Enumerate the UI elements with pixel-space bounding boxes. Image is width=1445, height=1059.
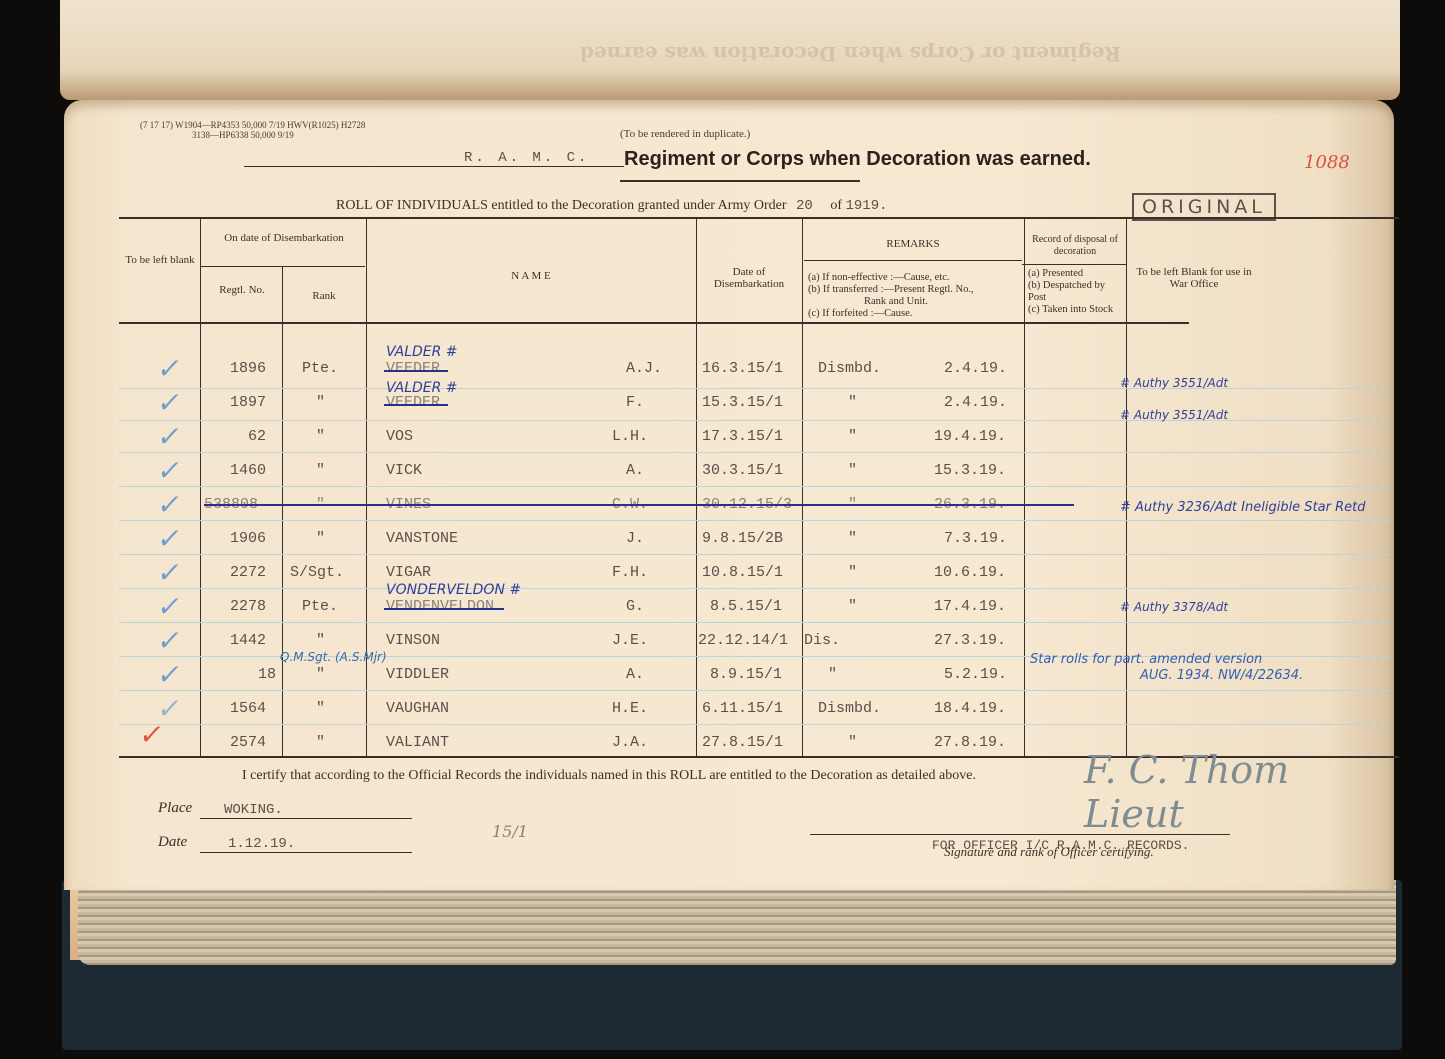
remark-cause: " [848, 564, 857, 581]
pencil-note: 15/1 [492, 822, 528, 841]
regtl-no: 18 [258, 666, 276, 683]
remark-cause: " [848, 598, 857, 615]
rank: " [316, 700, 325, 717]
roll-year: 1919. [845, 198, 887, 214]
remark-date: 19.4.19. [934, 428, 1006, 445]
name: VAUGHAN [386, 700, 449, 717]
col-regtl-no: Regtl. No. [204, 284, 280, 296]
check-mark-icon: ✓ [155, 522, 184, 555]
check-mark-icon: ✓ [155, 556, 184, 589]
name-correction: VONDERVELDON # [386, 582, 521, 598]
remark-date: 5.2.19. [944, 666, 1007, 683]
print-codes-2: 3138—HP6338 50,000 9/19 [192, 130, 294, 140]
roll-heading: ROLL OF INDIVIDUALS entitled to the Deco… [336, 198, 888, 214]
remark-date: 10.6.19. [934, 564, 1006, 581]
war-office-note: # Authy 3551/Adt [1120, 376, 1228, 390]
disemb-date: 8.5.15/1 [710, 598, 782, 615]
rank: " [316, 632, 325, 649]
roll-text: entitled to the Decoration granted under… [491, 198, 786, 213]
regtl-no: 2278 [230, 598, 266, 615]
war-office-note: # Authy 3236/Adt Ineligible Star Retd [1120, 500, 1365, 515]
rank: " [316, 428, 325, 445]
name: VENDENVELDON [386, 598, 494, 615]
col-disposal-c: (c) Taken into Stock [1028, 304, 1124, 316]
viddler-note-2: AUG. 1934. NW/4/22634. [1140, 668, 1303, 683]
col-disposal: Record of disposal of decoration [1026, 234, 1124, 258]
disemb-date: 17.3.15/1 [702, 428, 783, 445]
regtl-no: 2272 [230, 564, 266, 581]
remark-cause: Dismbd. [818, 360, 881, 377]
check-mark-icon: ✓ [155, 488, 184, 521]
remark-date: 2.4.19. [944, 360, 1007, 377]
rank: " [316, 462, 325, 479]
check-mark-icon: ✓ [155, 420, 184, 453]
col-war-office: To be left Blank for use in War Office [1134, 266, 1254, 290]
col-remarks-b: (b) If transferred :—Present Regtl. No., [808, 284, 974, 296]
strike-through-line [204, 504, 1074, 506]
check-mark-icon: ✓ [155, 590, 184, 623]
initials: A.J. [626, 360, 662, 377]
disemb-date: 16.3.15/1 [702, 360, 783, 377]
name: VIDDLER [386, 666, 449, 683]
name: VICK [386, 462, 422, 479]
initials: H.E. [612, 700, 648, 717]
print-codes-1: (7 17 17) W1904—RP4353 50,000 7/19 HWV(R… [140, 120, 365, 130]
col-remarks-a: (a) If non-effective :—Cause, etc. [808, 272, 950, 284]
roll-prefix: ROLL OF INDIVIDUALS [336, 198, 488, 213]
initials: F.H. [612, 564, 648, 581]
army-order-number: 20 [796, 198, 813, 214]
check-mark-icon: ✓ [155, 352, 184, 385]
regtl-no: 2574 [230, 734, 266, 751]
officer-signature: F. C. Thom Lieut [1084, 748, 1394, 836]
disemb-date: 15.3.15/1 [702, 394, 783, 411]
page-edges [78, 880, 1396, 965]
initials: J.E. [612, 632, 648, 649]
remark-cause: Dis. [804, 632, 840, 649]
regtl-no: 1460 [230, 462, 266, 479]
remark-date: 27.8.19. [934, 734, 1006, 751]
remark-date: 2.4.19. [944, 394, 1007, 411]
roll-page: (7 17 17) W1904—RP4353 50,000 7/19 HWV(R… [64, 100, 1394, 890]
name: VEEDER [386, 394, 440, 411]
viddler-note-1: Star rolls for part. amended version [1030, 652, 1262, 667]
col-blank: To be left blank [122, 254, 198, 266]
rank: Pte. [302, 598, 338, 615]
remark-cause: " [848, 428, 857, 445]
place-value: WOKING. [224, 802, 283, 818]
col-remarks-b2: Rank and Unit. [864, 296, 928, 308]
disemb-date: 22.12.14/1 [698, 632, 788, 649]
unit-name: R. A. M. C. [464, 150, 589, 166]
remark-date: 18.4.19. [934, 700, 1006, 717]
previous-page: Regiment or Corps when Decoration was ea… [60, 0, 1400, 100]
disemb-date: 8.9.15/1 [710, 666, 782, 683]
certification-text: I certify that according to the Official… [242, 768, 976, 784]
war-office-note: # Authy 3378/Adt [1120, 600, 1228, 614]
col-rank: Rank [284, 290, 364, 302]
initials: A. [626, 666, 644, 683]
remark-cause: " [848, 394, 857, 411]
place-label: Place [158, 800, 192, 817]
name: VINSON [386, 632, 440, 649]
page-title: Regiment or Corps when Decoration was ea… [624, 148, 1091, 171]
remark-date: 17.4.19. [934, 598, 1006, 615]
war-office-note: # Authy 3551/Adt [1120, 408, 1228, 422]
check-mark-icon: ✓ [155, 658, 184, 691]
initials: L.H. [612, 428, 648, 445]
regtl-no: 1897 [230, 394, 266, 411]
initials: J.A. [612, 734, 648, 751]
initials: J. [626, 530, 644, 547]
col-name: N A M E [368, 270, 694, 282]
disemb-date: 9.8.15/2B [702, 530, 783, 547]
remark-cause: Dismbd. [818, 700, 881, 717]
rank: " [316, 666, 325, 683]
disemb-date: 30.3.15/1 [702, 462, 783, 479]
check-mark-red-icon: ✓ [137, 718, 166, 751]
remark-cause: " [848, 462, 857, 479]
rank: " [316, 530, 325, 547]
rank: " [316, 394, 325, 411]
page-number: 1088 [1304, 152, 1350, 173]
name: VIGAR [386, 564, 431, 581]
check-mark-icon: ✓ [155, 624, 184, 657]
remark-date: 15.3.19. [934, 462, 1006, 479]
signature-caption: Signature and rank of Officer certifying… [944, 844, 1154, 860]
check-mark-icon: ✓ [155, 386, 184, 419]
disemb-date: 10.8.15/1 [702, 564, 783, 581]
col-on-date-group: On date of Disembarkation [204, 232, 364, 244]
rank-correction: Q.M.Sgt. (A.S.Mjr) [280, 650, 387, 664]
col-disposal-a: (a) Presented [1028, 268, 1124, 280]
disemb-date: 27.8.15/1 [702, 734, 783, 751]
regtl-no: 1906 [230, 530, 266, 547]
of-label: of [830, 198, 842, 213]
remark-cause: " [848, 734, 857, 751]
rank: " [316, 734, 325, 751]
initials: G. [626, 598, 644, 615]
regtl-no: 1896 [230, 360, 266, 377]
regtl-no: 1564 [230, 700, 266, 717]
disemb-date: 6.11.15/1 [702, 700, 783, 717]
bleed-through-text: Regiment or Corps when Decoration was ea… [580, 42, 1121, 66]
name: VEEDER [386, 360, 440, 377]
col-remarks-c: (c) If forfeited :—Cause. [808, 308, 912, 320]
name-correction: VALDER # [386, 344, 458, 360]
remark-date: 27.3.19. [934, 632, 1006, 649]
rank: S/Sgt. [290, 564, 344, 581]
regtl-no: 62 [248, 428, 266, 445]
col-date-disemb: Date of Disembarkation [698, 266, 800, 290]
col-disposal-b: (b) Despatched by Post [1028, 280, 1124, 304]
remark-cause: " [828, 666, 837, 683]
remark-cause: " [848, 530, 857, 547]
date-value: 1.12.19. [228, 836, 295, 852]
initials: A. [626, 462, 644, 479]
date-label: Date [158, 834, 187, 851]
initials: F. [626, 394, 644, 411]
regtl-no: 1442 [230, 632, 266, 649]
col-remarks: REMARKS [804, 238, 1022, 250]
name: VOS [386, 428, 413, 445]
check-mark-icon: ✓ [155, 454, 184, 487]
remark-date: 7.3.19. [944, 530, 1007, 547]
name: VALIANT [386, 734, 449, 751]
name: VANSTONE [386, 530, 458, 547]
duplicate-note: (To be rendered in duplicate.) [620, 128, 750, 140]
rank: Pte. [302, 360, 338, 377]
